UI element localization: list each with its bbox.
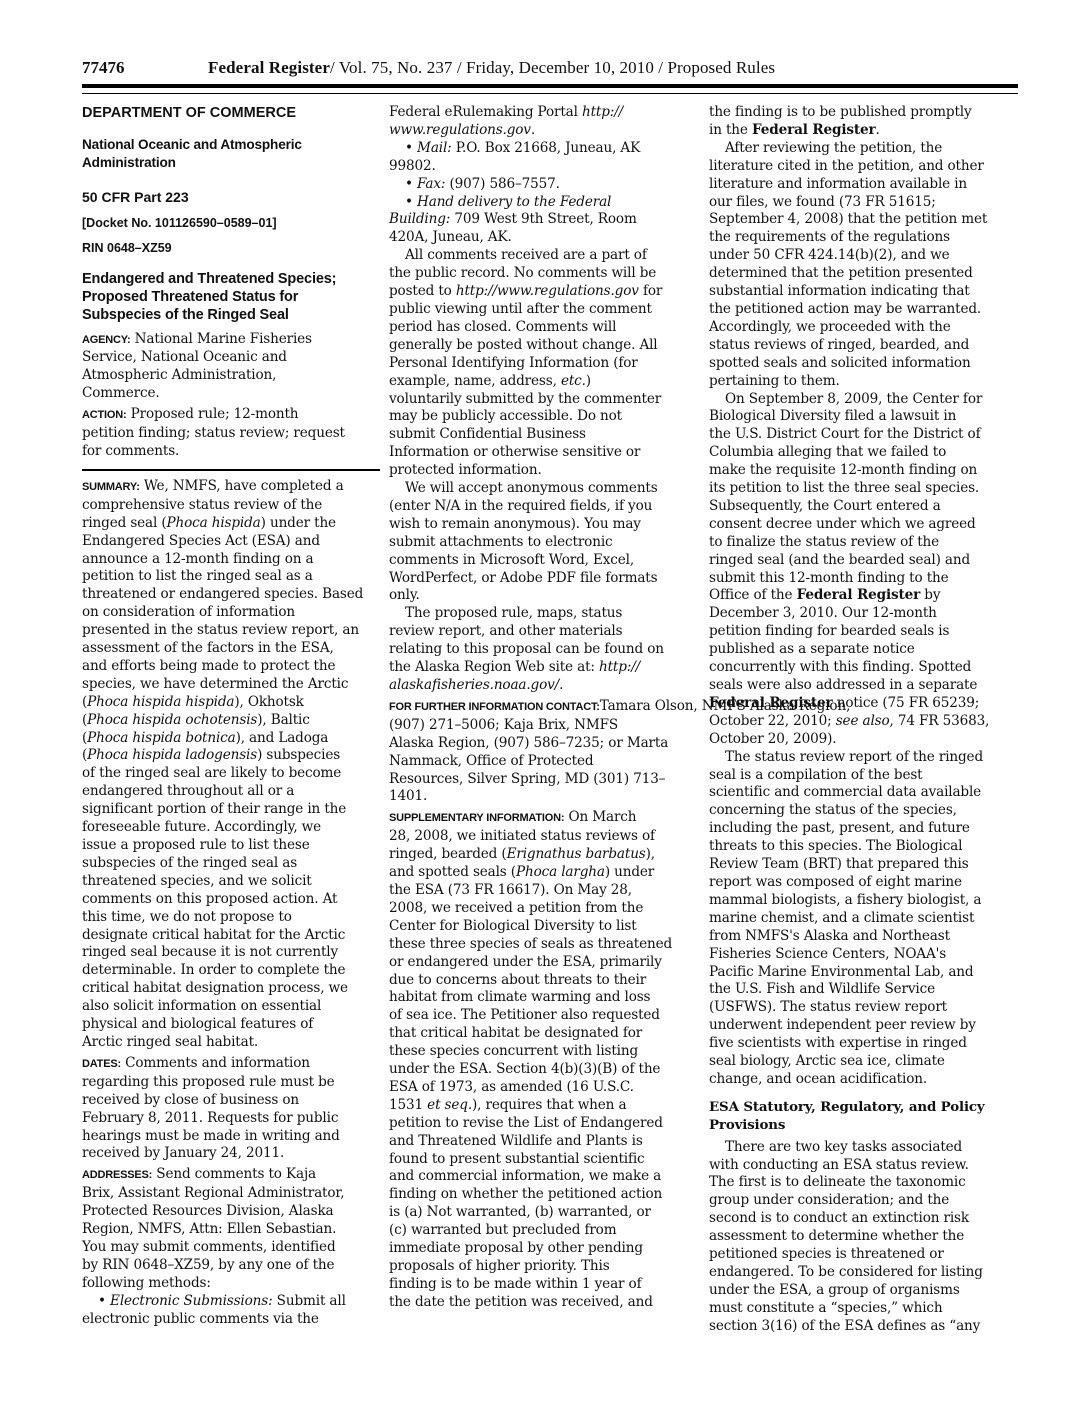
text-line: Center for Biological Diversity to list	[389, 918, 691, 936]
heading-line: ESA Statutory, Regulatory, and Policy	[709, 1099, 1015, 1117]
text-line: announce a 12-month finding on a	[82, 551, 382, 569]
text-line: (Phoca hispida ochotensis), Baltic	[82, 712, 382, 730]
text-line: literature and information available in	[709, 176, 1015, 194]
method-text: 709 West 9th Street, Room	[450, 211, 637, 227]
text-line: of sea ice. The Petitioner also requeste…	[389, 1007, 691, 1025]
text-line: significant portion of their range in th…	[82, 801, 382, 819]
text-line: only.	[389, 587, 691, 605]
text-line: The status review report of the ringed	[709, 749, 1015, 767]
text-line: There are two key tasks associated	[709, 1139, 1015, 1157]
paragraph: We will accept anonymous comments(enter …	[389, 480, 691, 605]
text-line: Service, National Oceanic and	[82, 349, 382, 367]
text-line: presented in the status review report, a…	[82, 622, 382, 640]
text-line: endangered. To be considered for listing	[709, 1264, 1015, 1282]
section-label: SUPPLEMENTARY INFORMATION:	[389, 812, 564, 824]
text-line: ESA of 1973, as amended (16 U.S.C.	[389, 1079, 691, 1097]
text-line: 1401.	[389, 788, 691, 806]
text-line: December 3, 2010. Our 12-month	[709, 605, 1015, 623]
text-line: by RIN 0648–XZ59, by any one of the	[82, 1257, 382, 1275]
text-line: five scientists with expertise in ringed	[709, 1035, 1015, 1053]
supplementary-section: SUPPLEMENTARY INFORMATION: On March28, 2…	[389, 809, 691, 1311]
document-title: Endangered and Threatened Species; Propo…	[82, 271, 382, 325]
text-line: these species concurrent with listing	[389, 1043, 691, 1061]
text-line: physical and biological features of	[82, 1016, 382, 1034]
text-line: comments on this proposed action. At	[82, 891, 382, 909]
text-line: After reviewing the petition, the	[709, 140, 1015, 158]
text-line: generally be posted without change. All	[389, 337, 691, 355]
text-line: and commercial information, we make a	[389, 1168, 691, 1186]
contact-section: FOR FURTHER INFORMATION CONTACT:Tamara O…	[389, 698, 691, 806]
section-label: AGENCY:	[82, 334, 131, 346]
text-line: We will accept anonymous comments	[389, 480, 691, 498]
text-line: the date the petition was received, and	[389, 1294, 691, 1312]
text-line: Arctic ringed seal habitat.	[82, 1034, 382, 1052]
column-3: the finding is to be published promptlyi…	[709, 104, 1015, 1336]
text-line: also solicit information on essential	[82, 998, 382, 1016]
heading-line: Provisions	[709, 1117, 1015, 1135]
section-label: FOR FURTHER INFORMATION CONTACT:	[389, 701, 600, 713]
addresses-paragraphs: All comments received are a part ofthe p…	[389, 247, 691, 695]
text-line: (Phoca hispida hispida), Okhotsk	[82, 694, 382, 712]
text-line: relating to this proposal can be found o…	[389, 641, 691, 659]
supplementary-continued: the finding is to be published promptlyi…	[709, 104, 1015, 140]
text-line: make the requisite 12-month finding on	[709, 462, 1015, 480]
text-line: literature cited in the petition, and ot…	[709, 158, 1015, 176]
method-label: Fax:	[417, 176, 445, 192]
text-line: the Alaska Region Web site at: http://	[389, 659, 691, 677]
text-line: consent decree under which we agreed	[709, 516, 1015, 534]
text-line: SUMMARY: We, NMFS, have completed a	[82, 478, 382, 497]
text-line: ringed seal (and the bearded seal) and	[709, 552, 1015, 570]
text-line: threatened or endangered species. Based	[82, 586, 382, 604]
text-line: critical habitat designation process, we	[82, 980, 382, 998]
method-label: Mail:	[417, 140, 452, 156]
text-line: petition to list the ringed seal as a	[82, 568, 382, 586]
text-line: following methods:	[82, 1275, 382, 1293]
method-text: P.O. Box 21668, Juneau, AK	[452, 140, 641, 156]
text-line: Subsequently, the Court entered a	[709, 498, 1015, 516]
text-line: may be publicly accessible. Do not	[389, 408, 691, 426]
issue-info: / Vol. 75, No. 237 / Friday, December 10…	[330, 58, 775, 77]
text-line: posted to http://www.regulations.gov for	[389, 283, 691, 301]
agency-heading-line: Administration	[82, 154, 382, 172]
text-line: Review Team (BRT) that prepared this	[709, 856, 1015, 874]
portal-link[interactable]: www.regulations.gov.	[389, 122, 691, 140]
text-line: determinable. In order to complete the	[82, 962, 382, 980]
bullet-icon: •	[405, 194, 417, 210]
text-line: proposals of higher priority. This	[389, 1258, 691, 1276]
text-line: (907) 271–5006; Kaja Brix, NMFS	[389, 717, 691, 735]
paragraph: The status review report of the ringedse…	[709, 749, 1015, 1089]
text-line: the public record. No comments will be	[389, 265, 691, 283]
text-line: You may submit comments, identified	[82, 1239, 382, 1257]
agency-heading: National Oceanic and Atmospheric Adminis…	[82, 136, 382, 172]
portal-line[interactable]: Federal eRulemaking Portal http://	[389, 104, 691, 122]
column-2: Federal eRulemaking Portal http:// www.r…	[389, 104, 691, 1312]
text-line: AGENCY: National Marine Fisheries	[82, 331, 382, 350]
action-section: ACTION: Proposed rule; 12-monthpetition …	[82, 406, 382, 461]
text-line: (Phoca hispida ladogensis) subspecies	[82, 747, 382, 765]
text-line: comprehensive status review of the	[82, 497, 382, 515]
text-line: scientific and commercial data available	[709, 784, 1015, 802]
text-line: the requirements of the regulations	[709, 229, 1015, 247]
text-line: petition to revise the List of Endangere…	[389, 1115, 691, 1133]
text-line: under 50 CFR 424.14(b)(2), and we	[709, 247, 1015, 265]
text-line: marine chemist, and a climate scientist	[709, 910, 1015, 928]
section-label: ACTION:	[82, 409, 126, 421]
text-line: section 3(16) of the ESA defines as “any	[709, 1318, 1015, 1336]
text-line: concurrently with this finding. Spotted	[709, 659, 1015, 677]
text-line: due to concerns about threats to their	[389, 972, 691, 990]
text-line: October 20, 2009).	[709, 731, 1015, 749]
text-line: (Phoca hispida botnica), and Ladoga	[82, 730, 382, 748]
text-line: spotted seals and solicited information	[709, 355, 1015, 373]
method-label: Hand delivery to the Federal	[417, 194, 611, 210]
section-label: DATES:	[82, 1058, 121, 1070]
text-line: The proposed rule, maps, status	[389, 605, 691, 623]
text-line: from NMFS's Alaska and Northeast	[709, 928, 1015, 946]
text-line: Biological Diversity filed a lawsuit in	[709, 408, 1015, 426]
text-line: petition finding; status review; request	[82, 425, 382, 443]
text-line: foreseeable future. Accordingly, we	[82, 819, 382, 837]
text-line: immediate proposal by other pending	[389, 1240, 691, 1258]
text-line: Accordingly, we proceeded with the	[709, 319, 1015, 337]
text-line: is (a) Not warranted, (b) warranted, or	[389, 1204, 691, 1222]
paragraph: On September 8, 2009, the Center forBiol…	[709, 391, 1015, 749]
text-line: received by January 24, 2011.	[82, 1145, 382, 1163]
text-line: FOR FURTHER INFORMATION CONTACT:Tamara O…	[389, 698, 691, 717]
text-line: alaskafisheries.noaa.gov/.	[389, 677, 691, 695]
text-line: Fisheries Science Centers, NOAA's	[709, 946, 1015, 964]
text-line: that critical habitat be designated for	[389, 1025, 691, 1043]
text-line: published as a separate notice	[709, 641, 1015, 659]
addresses-section: ADDRESSES: Send comments to KajaBrix, As…	[82, 1166, 382, 1292]
text-line: All comments received are a part of	[389, 247, 691, 265]
text-line: October 22, 2010; see also, 74 FR 53683,	[709, 713, 1015, 731]
text-line: this time, we do not propose to	[82, 909, 382, 927]
text-line: ringed seal because it is not currently	[82, 944, 382, 962]
agency-heading-line: National Oceanic and Atmospheric	[82, 136, 382, 154]
text-line: finding on whether the petitioned action	[389, 1186, 691, 1204]
text-line: DATES: Comments and information	[82, 1055, 382, 1074]
text-line: the ESA (73 FR 16617). On May 28,	[389, 882, 691, 900]
bullet-icon: •	[405, 140, 417, 156]
text-line: Region, NMFS, Attn: Ellen Sebastian.	[82, 1221, 382, 1239]
text-line: (c) warranted but precluded from	[389, 1222, 691, 1240]
text-line: Resources, Silver Spring, MD (301) 713–	[389, 771, 691, 789]
text-line: Commerce.	[82, 385, 382, 403]
text-line: regarding this proposed rule must be	[82, 1074, 382, 1092]
dates-section: DATES: Comments and informationregarding…	[82, 1055, 382, 1163]
text-line: ADDRESSES: Send comments to Kaja	[82, 1166, 382, 1185]
text-line: received by close of business on	[82, 1092, 382, 1110]
text-line: issue a proposed rule to list these	[82, 837, 382, 855]
text-line: Personal Identifying Information (for	[389, 355, 691, 373]
text-line: On September 8, 2009, the Center for	[709, 391, 1015, 409]
text-line: 28, 2008, we initiated status reviews of	[389, 828, 691, 846]
hand-delivery-item: • Hand delivery to the Federal Building:…	[389, 194, 691, 248]
text-line: seals were also addressed in a separate	[709, 677, 1015, 695]
paragraph: The proposed rule, maps, statusreview re…	[389, 605, 691, 695]
text-line: on consideration of information	[82, 604, 382, 622]
text-line: WordPerfect, or Adobe PDF file formats	[389, 570, 691, 588]
text-line: February 8, 2011. Requests for public	[82, 1110, 382, 1128]
bullet-icon: •	[98, 1293, 110, 1309]
text-line: designate critical habitat for the Arcti…	[82, 927, 382, 945]
header-rule-thick	[82, 84, 1018, 88]
text-line: endangered throughout all or a	[82, 783, 382, 801]
text-line: submit Confidential Business	[389, 426, 691, 444]
text-line: seal biology, Arctic sea ice, climate	[709, 1053, 1015, 1071]
text-line: status reviews of ringed, bearded, and	[709, 337, 1015, 355]
text-line: ringed, bearded (Erignathus barbatus),	[389, 846, 691, 864]
text-line: Protected Resources Division, Alaska	[82, 1203, 382, 1221]
text-line: second is to conduct an extinction risk	[709, 1210, 1015, 1228]
mail-item: • Mail: P.O. Box 21668, Juneau, AK 99802…	[389, 140, 691, 176]
text-line: under the ESA. Section 4(b)(3)(B) of the	[389, 1061, 691, 1079]
text-line: with conducting an ESA status review.	[709, 1157, 1015, 1175]
text-line: the petitioned action may be warranted.	[709, 301, 1015, 319]
publication-name: Federal Register	[208, 58, 330, 77]
method-text: Submit all	[273, 1293, 346, 1309]
text-line: 1531 et seq.), requires that when a	[389, 1097, 691, 1115]
text-line: voluntarily submitted by the commenter	[389, 391, 691, 409]
text-line: submit attachments to electronic	[389, 534, 691, 552]
text-line: assessment to determine whether the	[709, 1228, 1015, 1246]
column-1: DEPARTMENT OF COMMERCE National Oceanic …	[82, 104, 382, 1328]
text-line: Endangered Species Act (ESA) and	[82, 533, 382, 551]
text-line: finding is to be made within 1 year of	[389, 1276, 691, 1294]
text-line: petitioned species is threatened or	[709, 1246, 1015, 1264]
text-line: Nammack, Office of Protected	[389, 753, 691, 771]
text-line: SUPPLEMENTARY INFORMATION: On March	[389, 809, 691, 828]
text-line: the U.S. Fish and Wildlife Service	[709, 981, 1015, 999]
method-text: (907) 586–7557.	[445, 176, 559, 192]
text-line: habitat from climate warming and loss	[389, 989, 691, 1007]
text-line: these three species of seals as threaten…	[389, 936, 691, 954]
text-line: for comments.	[82, 443, 382, 461]
text-line: example, name, address, etc.)	[389, 373, 691, 391]
fax-item: • Fax: (907) 586–7557.	[389, 176, 691, 194]
text-line: mammal biologists, a fishery biologist, …	[709, 892, 1015, 910]
text-line: the finding is to be published promptly	[709, 104, 1015, 122]
text-line: assessment of the factors in the ESA,	[82, 640, 382, 658]
text-line: Information or otherwise sensitive or	[389, 444, 691, 462]
text-line: threatened species, and we solicit	[82, 873, 382, 891]
text-line: September 4, 2008) that the petition met	[709, 211, 1015, 229]
text-line: Pacific Marine Environmental Lab, and	[709, 964, 1015, 982]
text-line: 2008, we received a petition from the	[389, 900, 691, 918]
text-line: found to present substantial scientific	[389, 1151, 691, 1169]
esa-section-heading: ESA Statutory, Regulatory, and Policy Pr…	[709, 1099, 1015, 1135]
text-line: petition finding for bearded seals is	[709, 623, 1015, 641]
section-label: ADDRESSES:	[82, 1169, 152, 1181]
text-line: hearings must be made in writing and	[82, 1128, 382, 1146]
text-line: species, we have determined the Arctic	[82, 676, 382, 694]
text-line: concerning the status of the species,	[709, 802, 1015, 820]
method-label: Electronic Submissions:	[110, 1293, 272, 1309]
agency-section: AGENCY: National Marine FisheriesService…	[82, 331, 382, 404]
page-number: 77476	[82, 58, 125, 78]
text-line: comments in Microsoft Word, Excel,	[389, 552, 691, 570]
title-line: Proposed Threatened Status for	[82, 289, 382, 307]
method-text: 99802.	[389, 158, 691, 176]
section-divider	[82, 469, 380, 471]
text-line: wish to remain anonymous). You may	[389, 516, 691, 534]
text-line: and Threatened Wildlife and Plants is	[389, 1133, 691, 1151]
title-line: Subspecies of the Ringed Seal	[82, 307, 382, 325]
text-line: period has closed. Comments will	[389, 319, 691, 337]
text-line: determined that the petition presented	[709, 265, 1015, 283]
text-line: The first is to delineate the taxonomic	[709, 1174, 1015, 1192]
text-line: threats to this species. The Biological	[709, 838, 1015, 856]
text-line: protected information.	[389, 462, 691, 480]
text-line: substantial information indicating that	[709, 283, 1015, 301]
section-label: SUMMARY:	[82, 481, 140, 493]
text-line: to finalize the status review of the	[709, 534, 1015, 552]
rin-number: RIN 0648–XZ59	[82, 239, 382, 257]
text-line: Brix, Assistant Regional Administrator,	[82, 1185, 382, 1203]
text-line: ringed seal (Phoca hispida) under the	[82, 515, 382, 533]
text-line: change, and ocean acidification.	[709, 1071, 1015, 1089]
department-heading: DEPARTMENT OF COMMERCE	[82, 104, 382, 122]
text-line: seal is a compilation of the best	[709, 767, 1015, 785]
text-line: the U.S. District Court for the District…	[709, 426, 1015, 444]
text-line: group under consideration; and the	[709, 1192, 1015, 1210]
text-line: including the past, present, and future	[709, 820, 1015, 838]
title-line: Endangered and Threatened Species;	[82, 271, 382, 289]
text-line: its petition to list the three seal spec…	[709, 480, 1015, 498]
text-line: under the ESA, a group of organisms	[709, 1282, 1015, 1300]
text-line: and efforts being made to protect the	[82, 658, 382, 676]
supplementary-paragraphs: After reviewing the petition, theliterat…	[709, 140, 1015, 1089]
text-line: in the Federal Register.	[709, 122, 1015, 140]
text-line: underwent independent peer review by	[709, 1017, 1015, 1035]
text-line: review report, and other materials	[389, 623, 691, 641]
paragraph: All comments received are a part ofthe p…	[389, 247, 691, 480]
electronic-submission-item: • Electronic Submissions: Submit all ele…	[82, 1293, 382, 1329]
text-line: and spotted seals (Phoca largha) under	[389, 864, 691, 882]
text-line: must constitute a “species,” which	[709, 1300, 1015, 1318]
text-line: Office of the Federal Register by	[709, 587, 1015, 605]
text-line: Alaska Region, (907) 586–7235; or Marta	[389, 735, 691, 753]
text-line: subspecies of the ringed seal as	[82, 855, 382, 873]
text-line: or endangered under the ESA, primarily	[389, 954, 691, 972]
text-line: report was composed of eight marine	[709, 874, 1015, 892]
summary-section: SUMMARY: We, NMFS, have completed acompr…	[82, 478, 382, 1052]
text-line: Columbia alleging that we failed to	[709, 444, 1015, 462]
text-line: of the ringed seal are likely to become	[82, 765, 382, 783]
text-line: our files, we found (73 FR 51615;	[709, 194, 1015, 212]
text-line: Atmospheric Administration,	[82, 367, 382, 385]
header-rule-thin	[82, 93, 1018, 94]
running-head: Federal Register/ Vol. 75, No. 237 / Fri…	[208, 58, 775, 78]
text-line: pertaining to them.	[709, 373, 1015, 391]
bullet-icon: •	[405, 176, 417, 192]
method-text: 420A, Juneau, AK.	[389, 229, 691, 247]
esa-section-body: There are two key tasks associatedwith c…	[709, 1139, 1015, 1336]
docket-number: [Docket No. 101126590–0589–01]	[82, 214, 382, 232]
text-line: Federal Register notice (75 FR 65239;	[709, 695, 1015, 713]
text-line: submit this 12-month finding to the	[709, 570, 1015, 588]
text-line: (USFWS). The status review report	[709, 999, 1015, 1017]
method-text: electronic public comments via the	[82, 1311, 382, 1329]
text-line: public viewing until after the comment	[389, 301, 691, 319]
paragraph: After reviewing the petition, theliterat…	[709, 140, 1015, 391]
method-label: Building:	[389, 211, 450, 227]
text-line: ACTION: Proposed rule; 12-month	[82, 406, 382, 425]
text-line: (enter N/A in the required fields, if yo…	[389, 498, 691, 516]
cfr-part: 50 CFR Part 223	[82, 188, 382, 206]
